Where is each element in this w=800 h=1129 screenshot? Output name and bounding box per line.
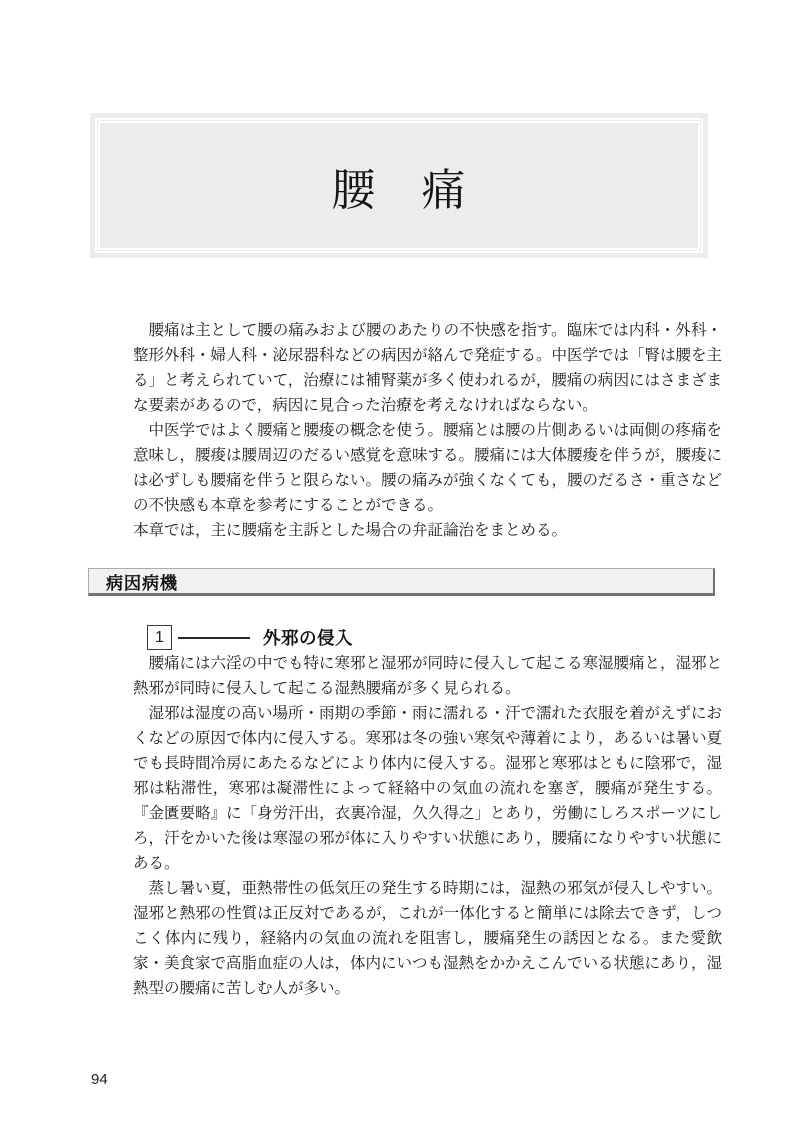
- section-heading: 病因病機: [106, 569, 178, 594]
- intro-paragraph-1: 腰痛は主として腰の痛みおよび腰のあたりの不快感を指す。臨床では内科・外科・整形外…: [133, 318, 722, 418]
- subsection-number-box: 1: [147, 625, 172, 650]
- subsection-body: 腰痛には六淫の中でも特に寒邪と湿邪が同時に侵入して起こる寒湿腰痛と，湿邪と熱邪が…: [133, 651, 722, 1001]
- body-paragraph-3: 蒸し暑い夏，亜熱帯性の低気圧の発生する時期には，湿熱の邪気が侵入しやすい。湿邪と…: [133, 876, 722, 1001]
- body-paragraph-2: 湿邪は湿度の高い場所・雨期の季節・雨に濡れる・汗で濡れた衣服を着がえずにおくなど…: [133, 701, 722, 876]
- subsection-title: 外邪の侵入: [263, 625, 353, 650]
- book-page: 腰 痛 腰痛は主として腰の痛みおよび腰のあたりの不快感を指す。臨床では内科・外科…: [0, 0, 800, 1129]
- intro-paragraph-3: 本章では，主に腰痛を主訴とした場合の弁証論治をまとめる。: [133, 518, 722, 543]
- section-heading-bar: 病因病機: [88, 568, 715, 596]
- intro-paragraph-2: 中医学ではよく腰痛と腰痠の概念を使う。腰痛とは腰の片側あるいは両側の疼痛を意味し…: [133, 418, 722, 518]
- subsection-heading: 1 外邪の侵入: [147, 624, 353, 651]
- page-number: 94: [91, 1071, 108, 1088]
- body-paragraph-1: 腰痛には六淫の中でも特に寒邪と湿邪が同時に侵入して起こる寒湿腰痛と，湿邪と熱邪が…: [133, 651, 722, 701]
- chapter-title-frame: 腰 痛: [95, 118, 703, 253]
- chapter-title-box: 腰 痛: [90, 113, 708, 258]
- intro-section: 腰痛は主として腰の痛みおよび腰のあたりの不快感を指す。臨床では内科・外科・整形外…: [133, 318, 722, 543]
- subsection-dash-rule: [178, 637, 250, 639]
- chapter-title: 腰 痛: [332, 154, 467, 218]
